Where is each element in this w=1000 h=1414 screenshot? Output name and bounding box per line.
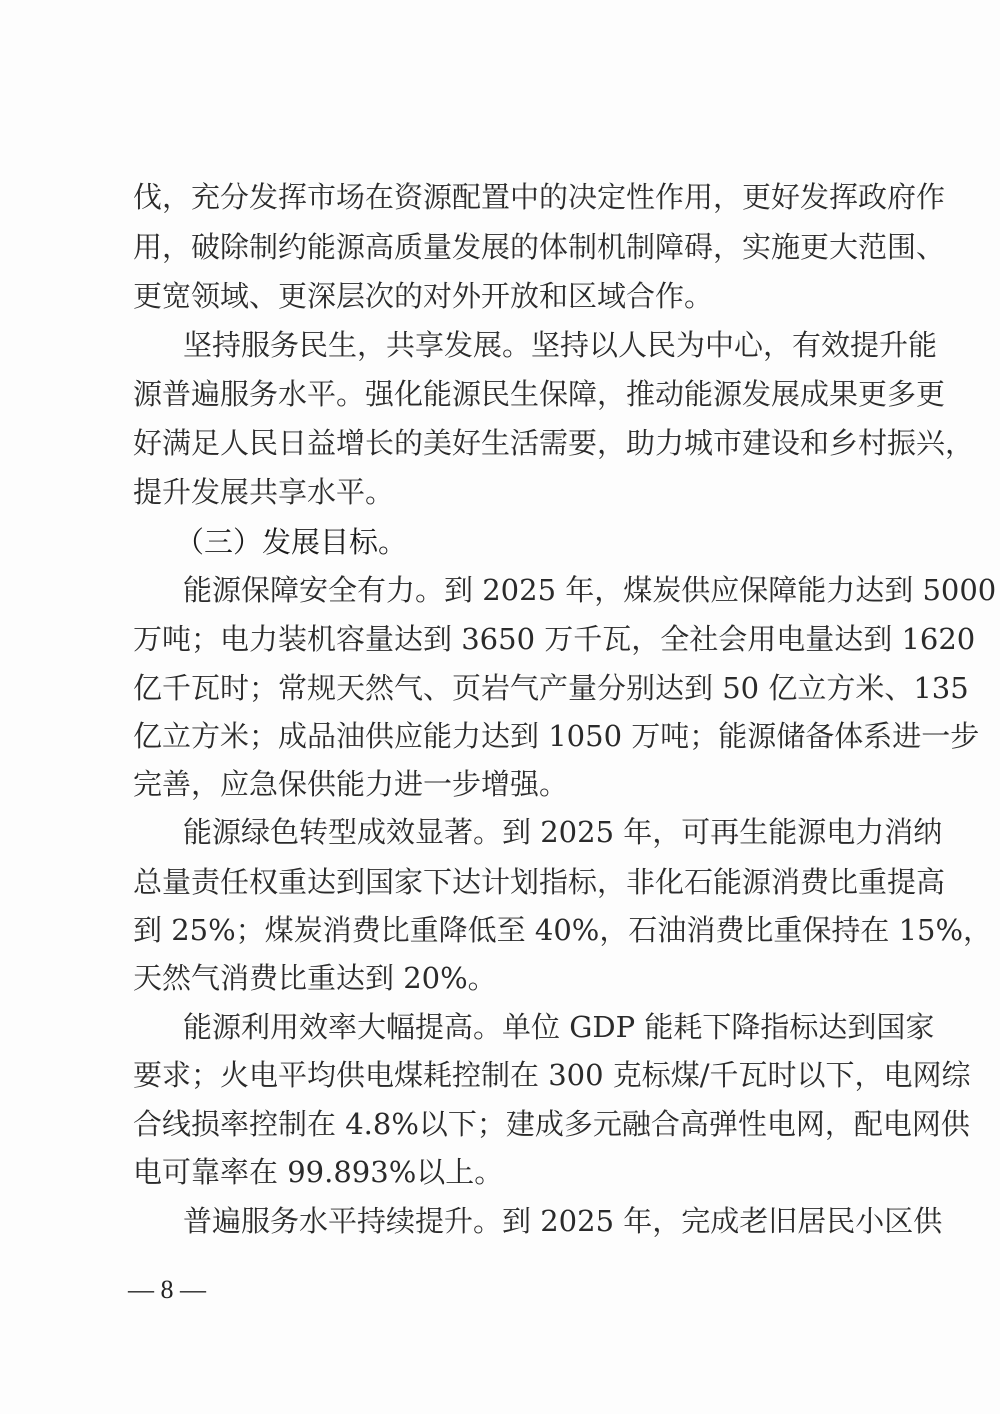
- paragraph-line: 伐，充分发挥市场在资源配置中的决定性作用，更好发挥政府作: [133, 177, 873, 217]
- paragraph-line: 万吨；电力装机容量达到 3650 万千瓦，全社会用电量达到 1620: [133, 619, 873, 659]
- paragraph-line: 坚持服务民生，共享发展。坚持以人民为中心，有效提升能: [183, 325, 873, 365]
- paragraph-line: 电可靠率在 99.893%以上。: [133, 1152, 873, 1192]
- paragraph-line: 天然气消费比重达到 20%。: [133, 958, 873, 998]
- page-number: — 8 —: [128, 1272, 206, 1308]
- paragraph-line: 合线损率控制在 4.8%以下；建成多元融合高弹性电网，配电网供: [133, 1104, 873, 1144]
- paragraph-line: 源普遍服务水平。强化能源民生保障，推动能源发展成果更多更: [133, 374, 873, 414]
- paragraph-line: 到 25%；煤炭消费比重降低至 40%，石油消费比重保持在 15%，: [133, 910, 873, 950]
- paragraph-line: 总量责任权重达到国家下达计划指标，非化石能源消费比重提高: [133, 862, 873, 902]
- paragraph-line: 完善，应急保供能力进一步增强。: [133, 764, 873, 804]
- paragraph-line: 普遍服务水平持续提升。到 2025 年，完成老旧居民小区供: [183, 1201, 873, 1241]
- paragraph-line: 更宽领域、更深层次的对外开放和区域合作。: [133, 276, 873, 316]
- paragraph-line: 亿千瓦时；常规天然气、页岩气产量分别达到 50 亿立方米、135: [133, 668, 873, 708]
- paragraph-line: 提升发展共享水平。: [133, 472, 873, 512]
- paragraph-line: 能源利用效率大幅提高。单位 GDP 能耗下降指标达到国家: [183, 1007, 873, 1047]
- paragraph-line: 能源保障安全有力。到 2025 年，煤炭供应保障能力达到 5000: [183, 570, 873, 610]
- paragraph-line: 能源绿色转型成效显著。到 2025 年，可再生能源电力消纳: [183, 812, 873, 852]
- paragraph-line: 好满足人民日益增长的美好生活需要，助力城市建设和乡村振兴，: [133, 423, 873, 463]
- document-page: 伐，充分发挥市场在资源配置中的决定性作用，更好发挥政府作 用，破除制约能源高质量…: [0, 0, 1000, 1414]
- paragraph-line: 要求；火电平均供电煤耗控制在 300 克标煤/千瓦时以下，电网综: [133, 1055, 873, 1095]
- section-heading: （三）发展目标。: [175, 522, 407, 562]
- paragraph-line: 亿立方米；成品油供应能力达到 1050 万吨；能源储备体系进一步: [133, 716, 873, 756]
- paragraph-line: 用，破除制约能源高质量发展的体制机制障碍，实施更大范围、: [133, 227, 873, 267]
